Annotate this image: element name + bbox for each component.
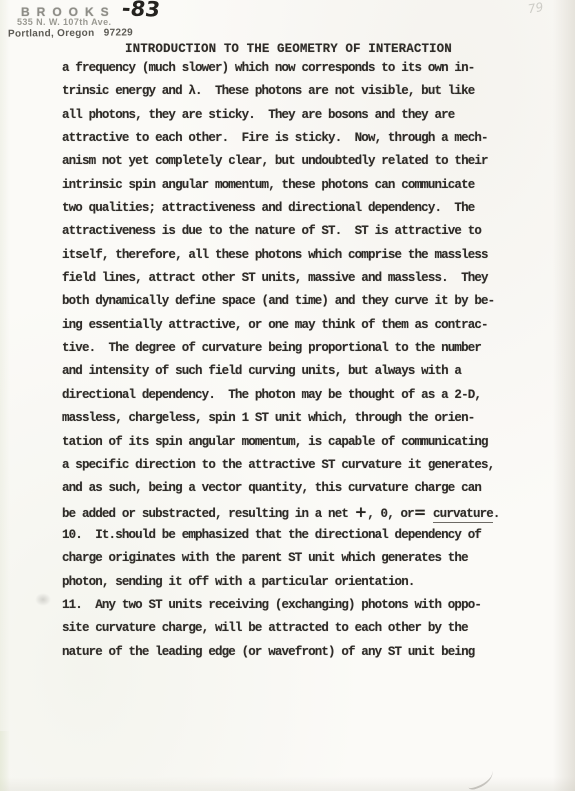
- typed-line-8: attractiveness is due to the nature of S…: [62, 220, 567, 243]
- typed-line-16: massless, chargeless, spin 1 ST unit whi…: [62, 407, 567, 430]
- typed-line-5: anism not yet completely clear, but undo…: [62, 150, 567, 173]
- typed-line-17: tation of its spin angular momentum, is …: [62, 431, 567, 454]
- typed-line-15: directional dependency. The photon may b…: [62, 384, 567, 407]
- handwritten-symbol: =: [414, 503, 427, 521]
- pencil-squiggle: [464, 766, 496, 791]
- typed-line-22: charge originates with the parent ST uni…: [62, 547, 567, 570]
- typed-line-19: and as such, being a vector quantity, th…: [62, 477, 567, 500]
- typed-segment: be added or substracted, resulting in a …: [62, 507, 355, 521]
- typed-line-9: itself, therefore, all these photons whi…: [62, 244, 567, 267]
- pencil-page-mark: 79: [527, 0, 544, 16]
- typed-segment: .: [493, 507, 500, 521]
- typed-line-10: field lines, attract other ST units, mas…: [62, 267, 567, 290]
- typed-line-6: intrinsic spin angular momentum, these p…: [62, 174, 567, 197]
- smudge-mark: [35, 593, 51, 606]
- typed-segment: , 0, or: [367, 507, 414, 521]
- letterhead-address-line2: Portland, Oregon 97229: [8, 27, 133, 39]
- typed-line-11: both dynamically define space (and time)…: [62, 290, 567, 313]
- typed-line-20: be added or substracted, resulting in a …: [62, 501, 567, 524]
- typed-line-3: all photons, they are sticky. They are b…: [62, 104, 567, 127]
- typed-line-12: ing essentially attractive, or one may t…: [62, 314, 567, 337]
- typed-line-26: nature of the leading edge (or wavefront…: [62, 641, 567, 664]
- typed-line-21: 10. It.should be emphasized that the dir…: [62, 524, 567, 547]
- typed-line-7: two qualities; attractiveness and direct…: [62, 197, 567, 220]
- document-body: a frequency (much slower) which now corr…: [62, 57, 567, 664]
- handwritten-symbol: +: [355, 503, 368, 521]
- typed-line-2: trinsic energy and λ. These photons are …: [62, 80, 567, 103]
- typed-line-24: 11. Any two ST units receiving (exchangi…: [62, 594, 567, 617]
- typed-segment: curvature: [433, 507, 493, 523]
- typed-line-23: photon, sending it off with a particular…: [62, 571, 567, 594]
- scan-edge-tint: [0, 731, 10, 791]
- typed-line-13: tive. The degree of curvature being prop…: [62, 337, 567, 360]
- typed-line-14: and intensity of such field curving unit…: [62, 360, 567, 383]
- scanned-page: BROOKS -83 535 N. W. 107th Ave. Portland…: [0, 0, 575, 791]
- typed-line-18: a specific direction to the attractive S…: [62, 454, 567, 477]
- typed-line-4: attractive to each other. Fire is sticky…: [62, 127, 567, 150]
- letterhead-handwritten-note: -83: [120, 0, 161, 22]
- letterhead-address-line1: 535 N. W. 107th Ave.: [17, 17, 111, 27]
- typed-line-25: site curvature charge, will be attracted…: [62, 617, 567, 640]
- typed-line-1: a frequency (much slower) which now corr…: [62, 57, 567, 80]
- document-title: INTRODUCTION TO THE GEOMETRY OF INTERACT…: [125, 42, 452, 56]
